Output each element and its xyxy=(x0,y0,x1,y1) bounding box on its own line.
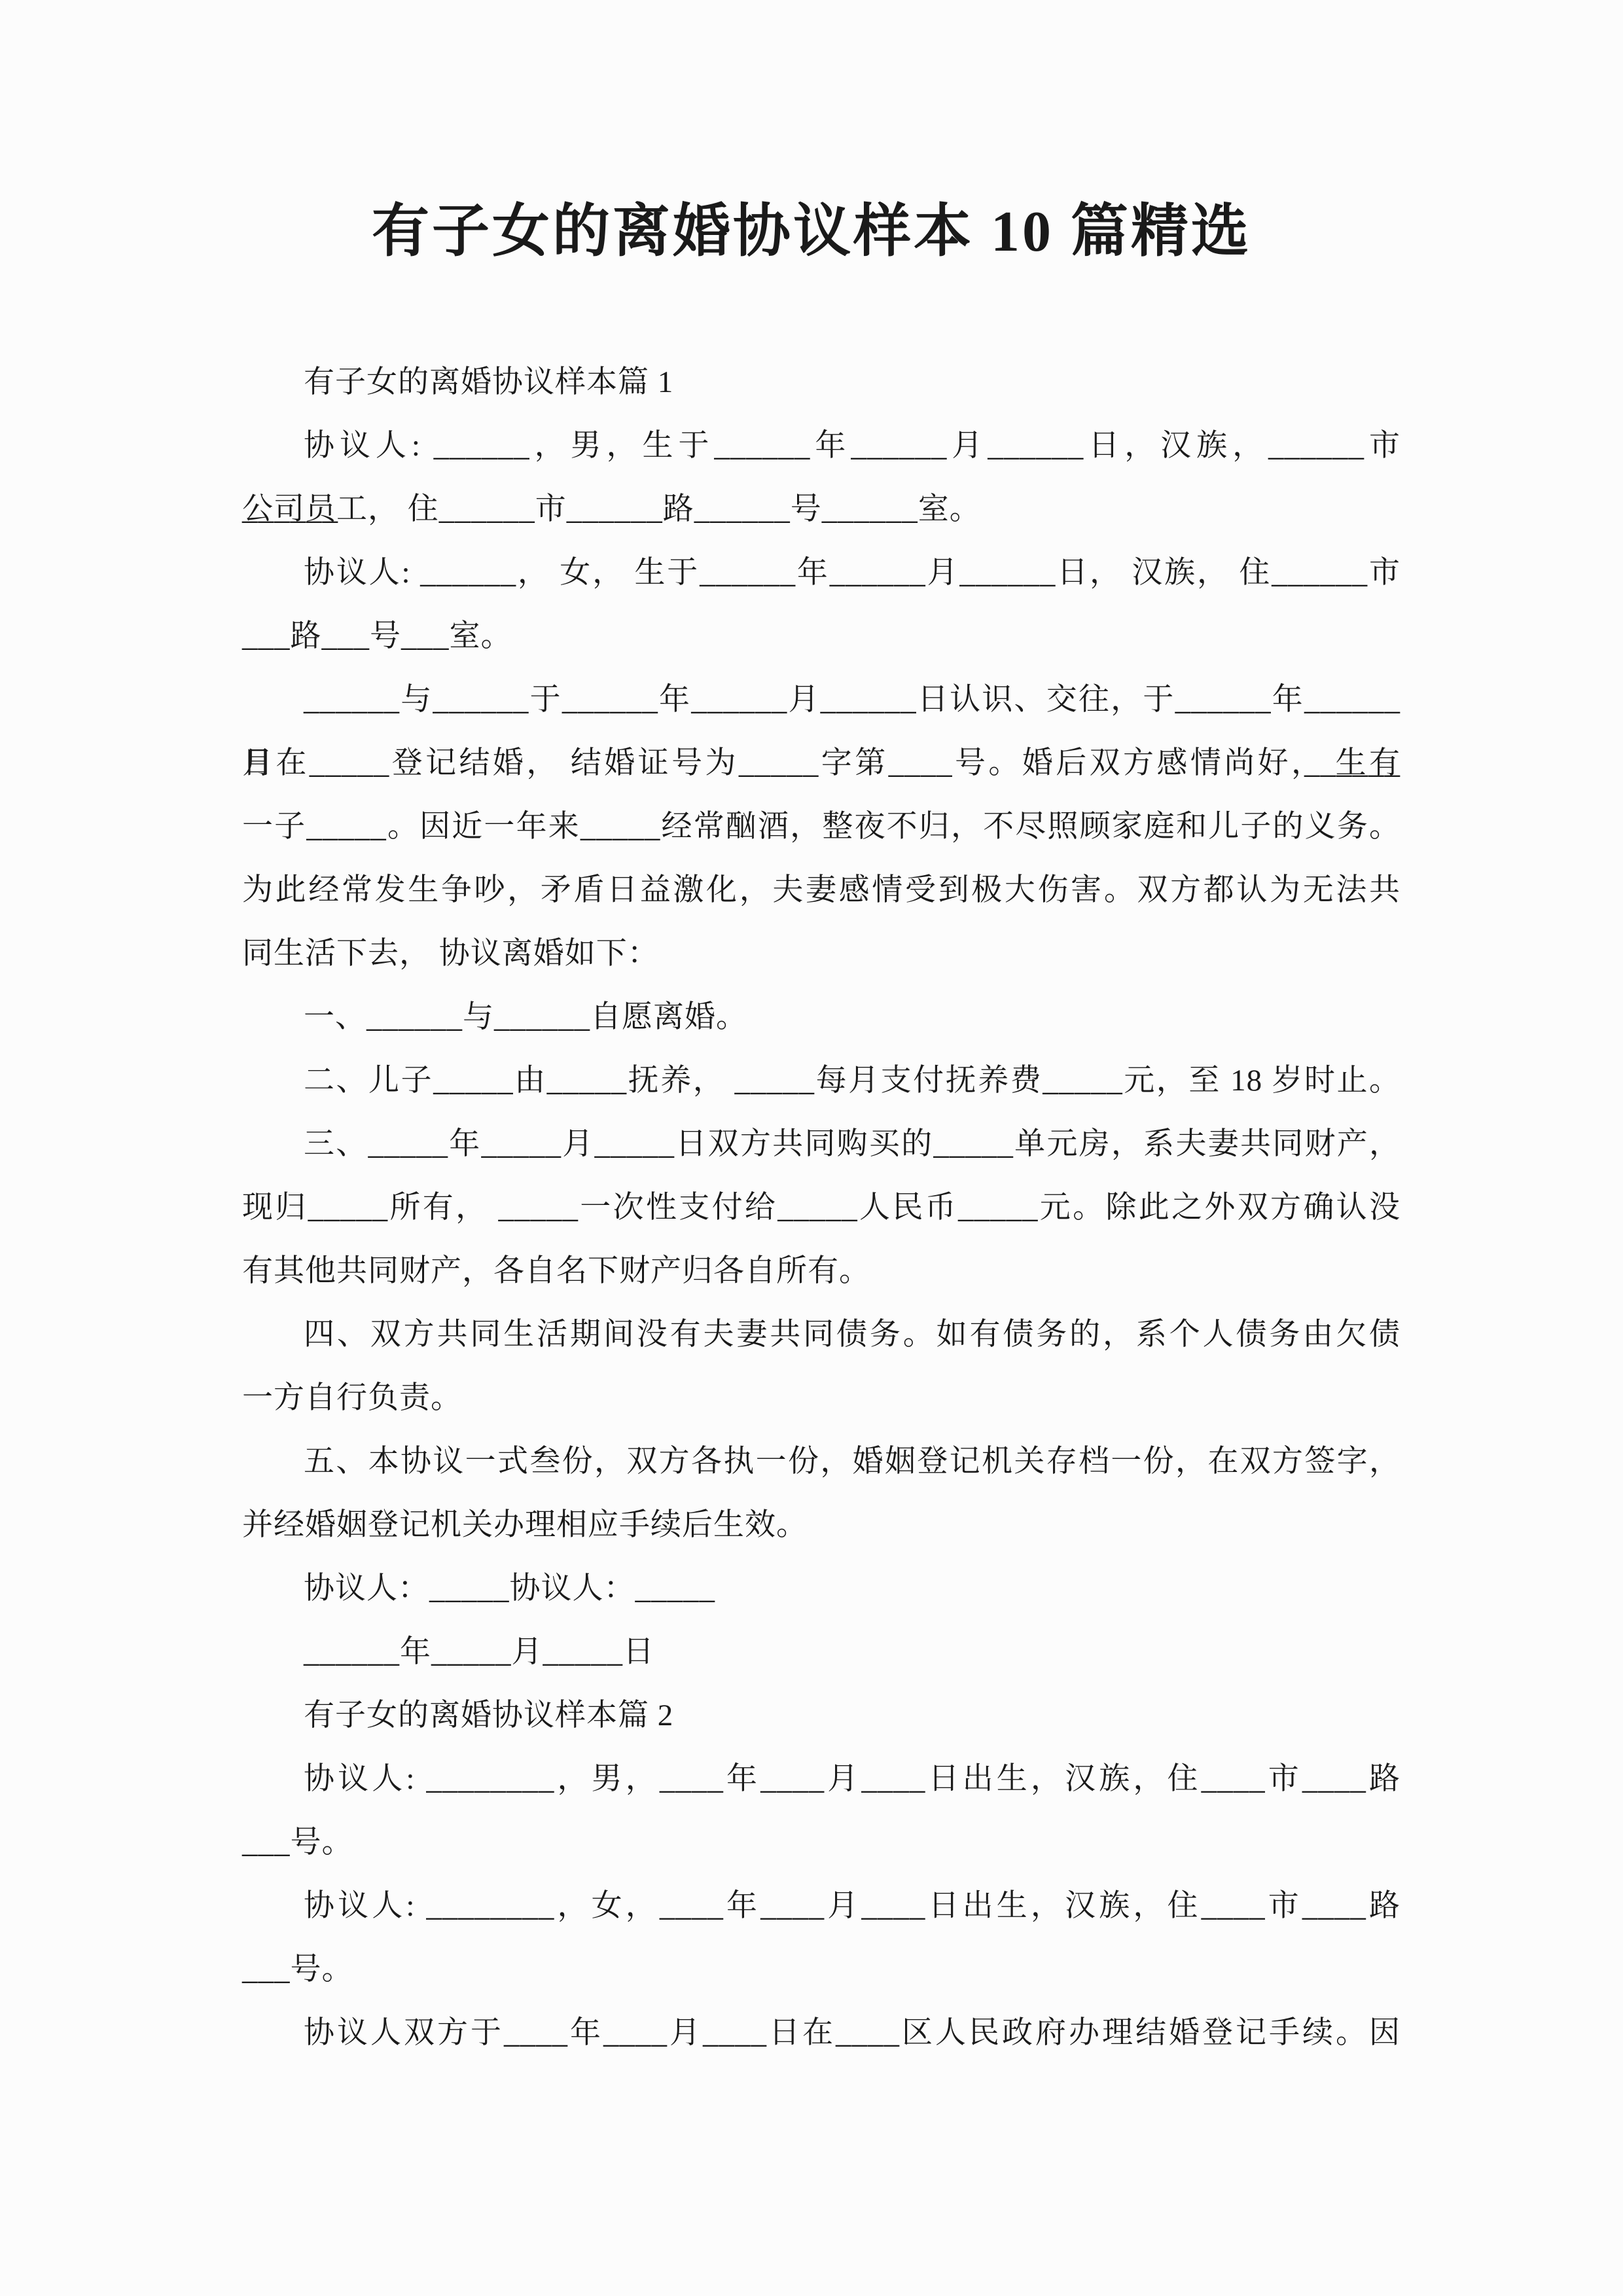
document-line: 三、_____年_____月_____日双方共同购买的_____单元房，系夫妻共… xyxy=(242,1113,1400,1176)
document-line: 一方自行负责。 xyxy=(242,1367,1400,1430)
document-line: 协议人: ______， 女， 生于______年______月______日，… xyxy=(242,541,1400,605)
document-line: ______年_____月_____日 xyxy=(242,1621,1400,1684)
document-line: 有其他共同财产，各自名下财产归各自所有。 xyxy=(242,1240,1400,1303)
document-line: 一子_____。因近一年来_____经常酗酒，整夜不归，不尽照顾家庭和儿子的义务… xyxy=(242,795,1400,859)
document-line: ___号。 xyxy=(242,1811,1400,1874)
document-line: 有子女的离婚协议样本篇 2 xyxy=(242,1684,1400,1748)
document-line: 协议人双方于____年____月____日在____区人民政府办理结婚登记手续。… xyxy=(242,2001,1400,2065)
document-line: ___号。 xyxy=(242,1938,1400,2001)
document-page: 有子女的离婚协议样本 10 篇精选 有子女的离婚协议样本篇 1协议人: ____… xyxy=(0,0,1623,2296)
document-line: 日在_____登记结婚， 结婚证号为_____字第____号。婚后双方感情尚好，… xyxy=(242,732,1400,795)
document-line: 五、本协议一式叁份，双方各执一份，婚姻登记机关存档一份，在双方签字， xyxy=(242,1430,1400,1494)
document-line: 并经婚姻登记机关办理相应手续后生效。 xyxy=(242,1494,1400,1557)
document-line: 公司员工， 住______市______路______号______室。 xyxy=(242,478,1400,541)
document-line: 有子女的离婚协议样本篇 1 xyxy=(242,351,1400,414)
document-title: 有子女的离婚协议样本 10 篇精选 xyxy=(0,0,1623,268)
document-line: 协议人: ______，男，生于______年______月______日，汉族… xyxy=(242,414,1400,478)
document-line: 协议人：_____协议人：_____ xyxy=(242,1557,1400,1621)
document-line: ___路___号___室。 xyxy=(242,605,1400,668)
document-line: 二、儿子_____由_____抚养， _____每月支付抚养费_____元，至 … xyxy=(242,1049,1400,1113)
document-line: 四、双方共同生活期间没有夫妻共同债务。如有债务的，系个人债务由欠债 xyxy=(242,1303,1400,1367)
document-line: ______与______于______年______月______日认识、交往… xyxy=(242,668,1400,732)
document-line: 一、______与______自愿离婚。 xyxy=(242,986,1400,1049)
document-line: 为此经常发生争吵，矛盾日益激化，夫妻感情受到极大伤害。双方都认为无法共 xyxy=(242,859,1400,922)
document-line: 同生活下去， 协议离婚如下： xyxy=(242,922,1400,986)
document-line: 协议人: ________，男，____年____月____日出生，汉族，住__… xyxy=(242,1748,1400,1811)
document-body: 有子女的离婚协议样本篇 1协议人: ______，男，生于______年____… xyxy=(0,351,1623,2065)
document-line: 协议人: ________，女，____年____月____日出生，汉族，住__… xyxy=(242,1874,1400,1938)
document-line: 现归_____所有， _____一次性支付给_____人民币_____元。除此之… xyxy=(242,1176,1400,1240)
